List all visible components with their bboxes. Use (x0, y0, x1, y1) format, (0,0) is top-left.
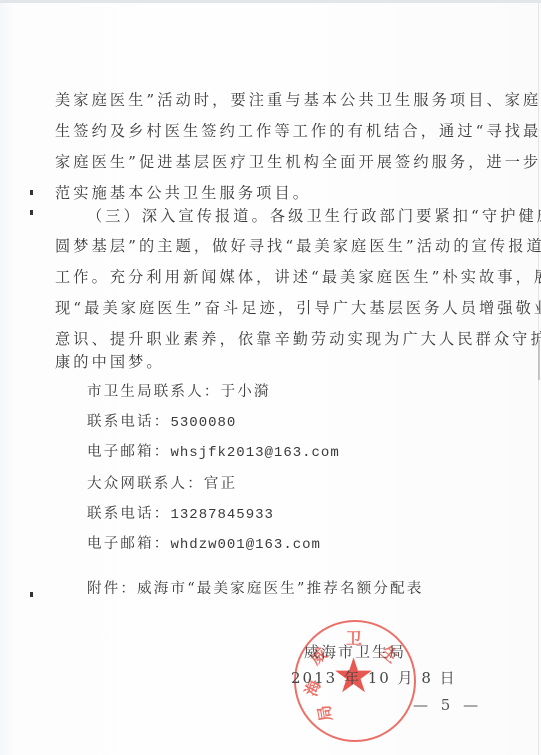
signing-organization: 威海市卫生局 (304, 641, 406, 662)
phone-line: 联系电话：13287845933 (87, 504, 274, 525)
phone-line: 联系电话：5300080 (87, 412, 236, 433)
document-page: 美家庭医生”活动时，要注重与基本公共卫生服务项目、家庭医 生签约及乡村医生签约工… (0, 0, 541, 755)
signing-date: 2013 年 10 月 8 日 (291, 667, 457, 688)
page-number: — 5 — (413, 696, 482, 714)
text-line: 圆梦基层”的主题，做好寻找“最美家庭医生”活动的宣传报道 (55, 236, 495, 256)
contact-name: 于小漪 (221, 384, 271, 400)
text-line: 范实施基本公共卫生服务项目。 (55, 183, 495, 203)
section-heading-line: （三）深入宣传报道。各级卫生行政部门要紧扣“守护健康 (87, 206, 527, 226)
binding-hole-mark (30, 592, 33, 597)
text-line: 工作。充分利用新闻媒体，讲述“最美家庭医生”朴实故事，展 (55, 267, 495, 287)
email-line: 电子邮箱：whsjfk2013@163.com (87, 442, 340, 463)
contact-person-line: 大众网联系人：官正 (87, 474, 237, 494)
email-label: 电子邮箱： (87, 444, 171, 460)
email-label: 电子邮箱： (87, 536, 171, 552)
scan-edge-shading (0, 0, 541, 3)
contact-label: 大众网联系人： (87, 476, 204, 492)
text-line: 现“最美家庭医生”奋斗足迹，引导广大基层医务人员增强敬业 (55, 298, 495, 318)
binding-hole-mark (30, 210, 33, 215)
email-address: whsjfk2013@163.com (171, 445, 340, 461)
seal-char: 局 (311, 704, 336, 724)
text-line: 康的中国梦。 (55, 352, 495, 372)
text-line: 意识、提升职业素养，依靠辛勤劳动实现为广大人民群众守护健 (55, 329, 495, 349)
contact-person-line: 市卫生局联系人：于小漪 (87, 382, 271, 402)
email-address: whdzw001@163.com (171, 537, 321, 553)
email-line: 电子邮箱：whdzw001@163.com (87, 534, 321, 555)
contact-label: 市卫生局联系人： (87, 384, 221, 400)
phone-label: 联系电话： (87, 414, 171, 430)
text-line: 家庭医生”促进基层医疗卫生机构全面开展签约服务，进一步规 (55, 152, 495, 172)
phone-label: 联系电话： (87, 506, 171, 522)
binding-hole-mark (30, 190, 33, 195)
attachment-line: 附件：威海市“最美家庭医生”推荐名额分配表 (87, 579, 424, 599)
phone-number: 13287845933 (171, 507, 274, 523)
contact-name: 官正 (204, 476, 237, 492)
text-line: 美家庭医生”活动时，要注重与基本公共卫生服务项目、家庭医 (55, 90, 495, 110)
phone-number: 5300080 (171, 415, 237, 431)
text-line: 生签约及乡村医生签约工作等工作的有机结合，通过“寻找最美 (55, 121, 495, 141)
